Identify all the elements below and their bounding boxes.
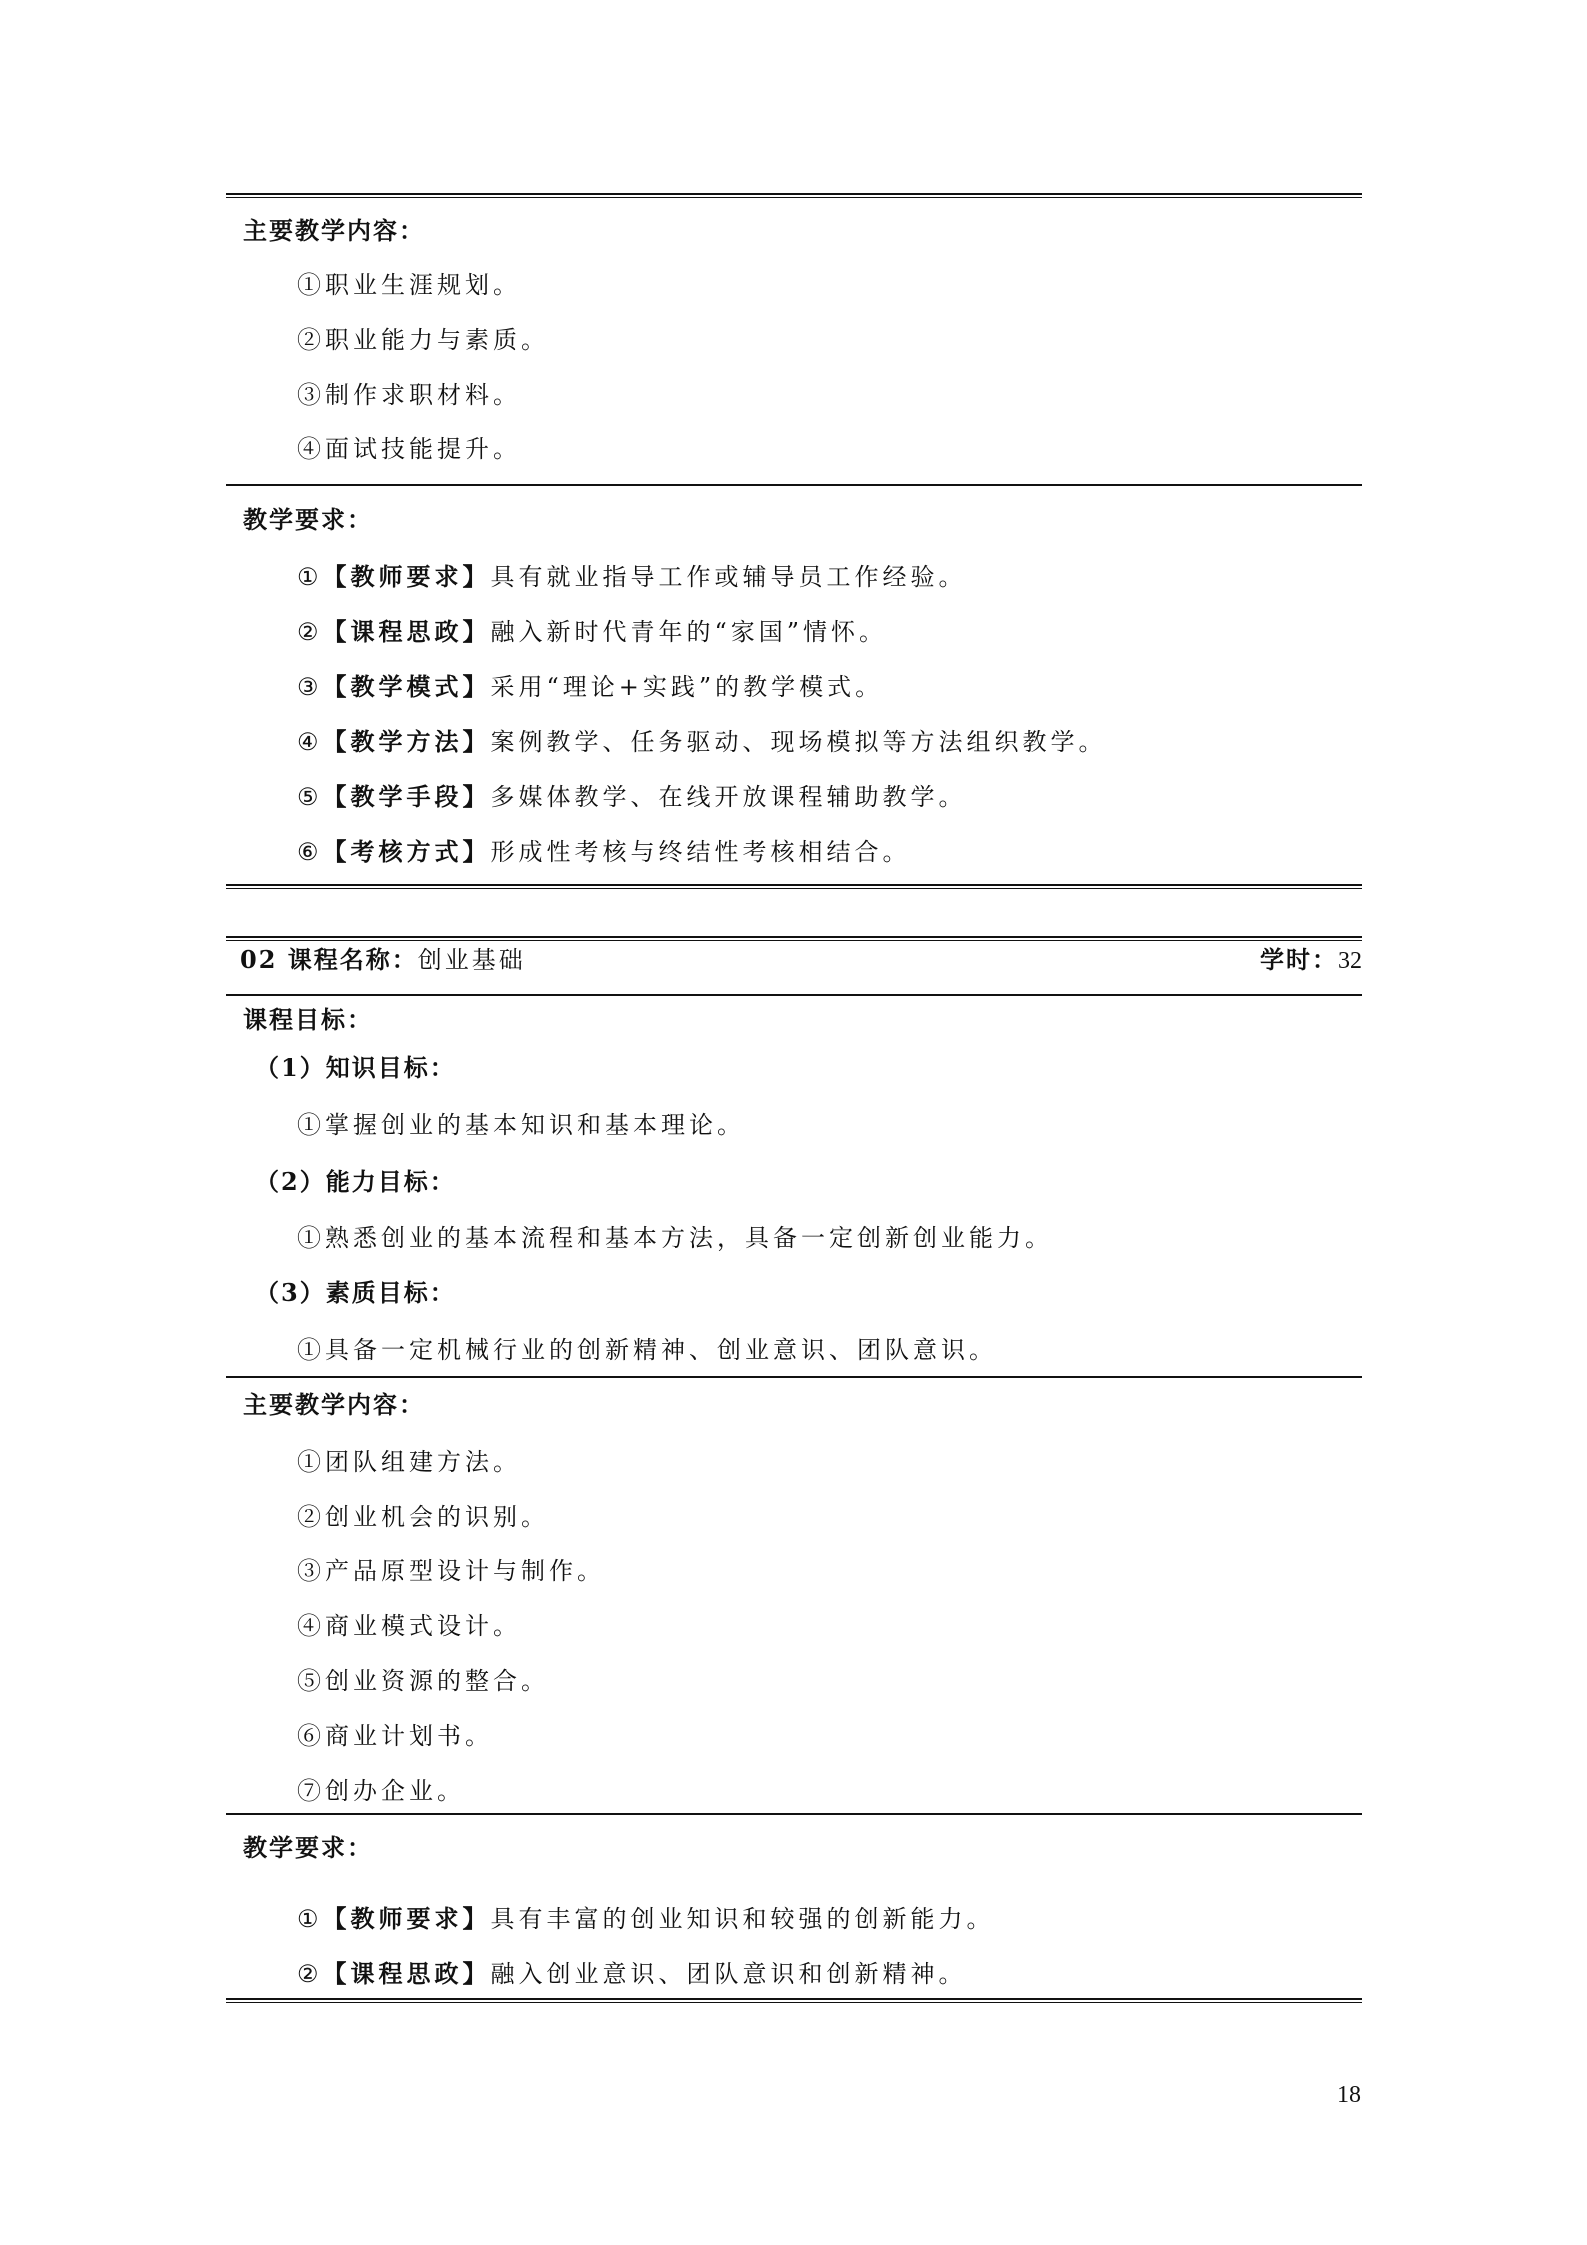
- page-number: 18: [1337, 2080, 1361, 2110]
- section-divider: [226, 484, 1362, 486]
- table-bottom-double-rule: [226, 884, 1362, 889]
- course-title: 02 课程名称：创业基础: [240, 945, 526, 975]
- content-item: ②职业能力与素质。: [297, 325, 549, 355]
- requirement-tag: 【考核方式】: [323, 837, 491, 866]
- requirement-tag: 【教师要求】: [323, 562, 491, 591]
- table-bottom-double-rule: [226, 1998, 1362, 2003]
- content-item: ③产品原型设计与制作。: [297, 1556, 605, 1586]
- requirements-heading: 教学要求：: [243, 1833, 373, 1863]
- requirement-tag: 【教师要求】: [323, 1904, 491, 1933]
- course-name: 创业基础: [418, 946, 526, 974]
- requirement-tag: 【教学模式】: [323, 672, 491, 701]
- requirement-tag: 【教学方法】: [323, 727, 491, 756]
- content-item: ⑦创办企业。: [297, 1776, 465, 1806]
- requirement-number: ⑤: [297, 783, 323, 811]
- content-item: ⑤创业资源的整合。: [297, 1666, 549, 1696]
- requirement-number: ①: [297, 563, 323, 591]
- requirement-item: ③【教学模式】采用“理论+实践”的教学模式。: [297, 672, 883, 702]
- requirement-text: 多媒体教学、在线开放课程辅助教学。: [491, 783, 967, 811]
- requirement-tag: 【课程思政】: [323, 617, 491, 646]
- course-name-label: 课程名称：: [288, 945, 418, 974]
- objectives-heading: 课程目标：: [243, 1005, 373, 1035]
- requirement-item: ⑥【考核方式】形成性考核与终结性考核相结合。: [297, 837, 911, 867]
- requirement-text: 采用“理论+实践”的教学模式。: [491, 673, 884, 701]
- requirement-text: 具有丰富的创业知识和较强的创新能力。: [491, 1905, 995, 1933]
- requirement-item: ①【教师要求】具有丰富的创业知识和较强的创新能力。: [297, 1904, 995, 1934]
- requirement-tag: 【教学手段】: [323, 782, 491, 811]
- requirement-number: ③: [297, 673, 323, 701]
- requirement-item: ②【课程思政】融入新时代青年的“家国”情怀。: [297, 617, 887, 647]
- requirement-number: ④: [297, 728, 323, 756]
- requirement-text: 具有就业指导工作或辅导员工作经验。: [491, 563, 967, 591]
- section-divider: [226, 1376, 1362, 1378]
- requirement-item: ⑤【教学手段】多媒体教学、在线开放课程辅助教学。: [297, 782, 967, 812]
- requirement-text: 融入新时代青年的“家国”情怀。: [491, 618, 888, 646]
- course-hours: 学时：32: [1260, 945, 1362, 975]
- course-number: 02: [240, 945, 277, 974]
- requirement-number: ②: [297, 618, 323, 646]
- requirement-item: ①【教师要求】具有就业指导工作或辅导员工作经验。: [297, 562, 967, 592]
- header-divider: [226, 994, 1362, 996]
- objective-label-quality: （3）素质目标：: [255, 1278, 456, 1308]
- requirement-text: 形成性考核与终结性考核相结合。: [491, 838, 911, 866]
- requirement-tag: 【课程思政】: [323, 1959, 491, 1988]
- requirement-number: ①: [297, 1905, 323, 1933]
- objective-label-knowledge: （1）知识目标：: [255, 1053, 456, 1083]
- objective-item: ①熟悉创业的基本流程和基本方法，具备一定创新创业能力。: [297, 1223, 1053, 1253]
- requirements-heading: 教学要求：: [243, 505, 373, 535]
- requirement-item: ②【课程思政】融入创业意识、团队意识和创新精神。: [297, 1959, 967, 1989]
- requirement-number: ⑥: [297, 838, 323, 866]
- requirement-number: ②: [297, 1960, 323, 1988]
- hours-label: 学时：: [1260, 945, 1338, 974]
- content-heading: 主要教学内容：: [243, 216, 425, 246]
- hours-value: 32: [1338, 948, 1362, 974]
- content-item: ①职业生涯规划。: [297, 270, 521, 300]
- requirement-item: ④【教学方法】案例教学、任务驱动、现场模拟等方法组织教学。: [297, 727, 1107, 757]
- content-heading: 主要教学内容：: [243, 1390, 425, 1420]
- content-item: ④商业模式设计。: [297, 1611, 521, 1641]
- content-item: ③制作求职材料。: [297, 380, 521, 410]
- content-item: ⑥商业计划书。: [297, 1721, 493, 1751]
- objective-item: ①掌握创业的基本知识和基本理论。: [297, 1110, 745, 1140]
- objective-label-ability: （2）能力目标：: [255, 1167, 456, 1197]
- section-divider: [226, 1813, 1362, 1815]
- objective-item: ①具备一定机械行业的创新精神、创业意识、团队意识。: [297, 1335, 997, 1365]
- requirement-text: 融入创业意识、团队意识和创新精神。: [491, 1960, 967, 1988]
- content-item: ②创业机会的识别。: [297, 1502, 549, 1532]
- content-item: ①团队组建方法。: [297, 1447, 521, 1477]
- content-item: ④面试技能提升。: [297, 434, 521, 464]
- requirement-text: 案例教学、任务驱动、现场模拟等方法组织教学。: [491, 728, 1107, 756]
- table-top-double-rule: [226, 936, 1362, 941]
- table-top-double-rule: [226, 193, 1362, 198]
